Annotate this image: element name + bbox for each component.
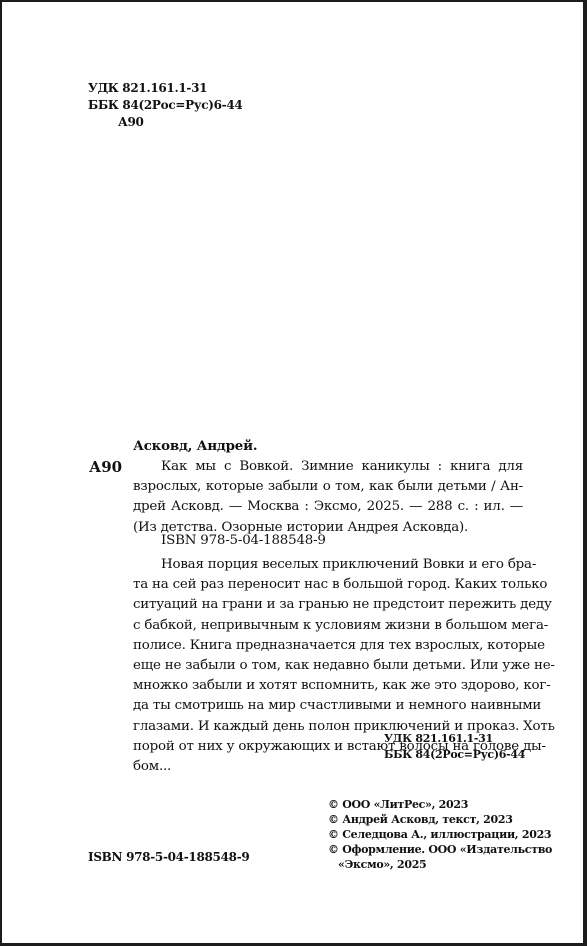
abstract-line: еще не забыли о том, как недавно были де… (133, 656, 523, 676)
copyright-line: «Эксмо», 2025 (328, 857, 552, 872)
copyright-block: © ООО «ЛитРес», 2023 © Андрей Асковд, те… (328, 797, 552, 872)
abstract-line: с бабкой, непривычным к условиям жизни в… (133, 616, 523, 636)
description-line: Как мы с Вовкой. Зимние каникулы : книга… (133, 457, 523, 477)
description-line: взрослых, которые забыли о том, как были… (133, 477, 523, 497)
top-bbk-code: ББК 84(2Рос=Рус)6-44 (88, 97, 242, 114)
copyright-line: © Андрей Асковд, текст, 2023 (328, 812, 552, 827)
copyright-line: © ООО «ЛитРес», 2023 (328, 797, 552, 812)
record-author-mark: А90 (89, 458, 122, 476)
footer-isbn: ISBN 978-5-04-188548-9 (88, 849, 249, 866)
top-author-mark: А90 (118, 114, 144, 131)
bottom-udk-code: УДК 821.161.1-31 (384, 731, 493, 747)
copyright-line: © Селедцова А., иллюстрации, 2023 (328, 827, 552, 842)
abstract-line: ситуаций на грани и за гранью не предсто… (133, 595, 523, 615)
book-imprint-page: УДК 821.161.1-31 ББК 84(2Рос=Рус)6-44 А9… (0, 0, 587, 946)
bibliographic-description: Как мы с Вовкой. Зимние каникулы : книга… (133, 457, 523, 538)
abstract-line: полисе. Книга предназначается для тех вз… (133, 636, 523, 656)
abstract-line: да ты смотришь на мир счастливыми и немн… (133, 696, 523, 716)
abstract-line: множко забыли и хотят вспомнить, как же … (133, 676, 523, 696)
abstract-line: та на сей раз переносит нас в большой го… (133, 575, 523, 595)
description-line: дрей Асковд. — Москва : Эксмо, 2025. — 2… (133, 497, 523, 517)
record-isbn: ISBN 978-5-04-188548-9 (161, 531, 326, 551)
top-udk-code: УДК 821.161.1-31 (88, 80, 207, 97)
author-heading: Асковд, Андрей. (133, 438, 257, 454)
bottom-bbk-code: ББК 84(2Рос=Рус)6-44 (384, 747, 525, 763)
copyright-line: © Оформление. ООО «Издательство (328, 842, 552, 857)
abstract-line: Новая порция веселых приключений Вовки и… (133, 555, 523, 575)
